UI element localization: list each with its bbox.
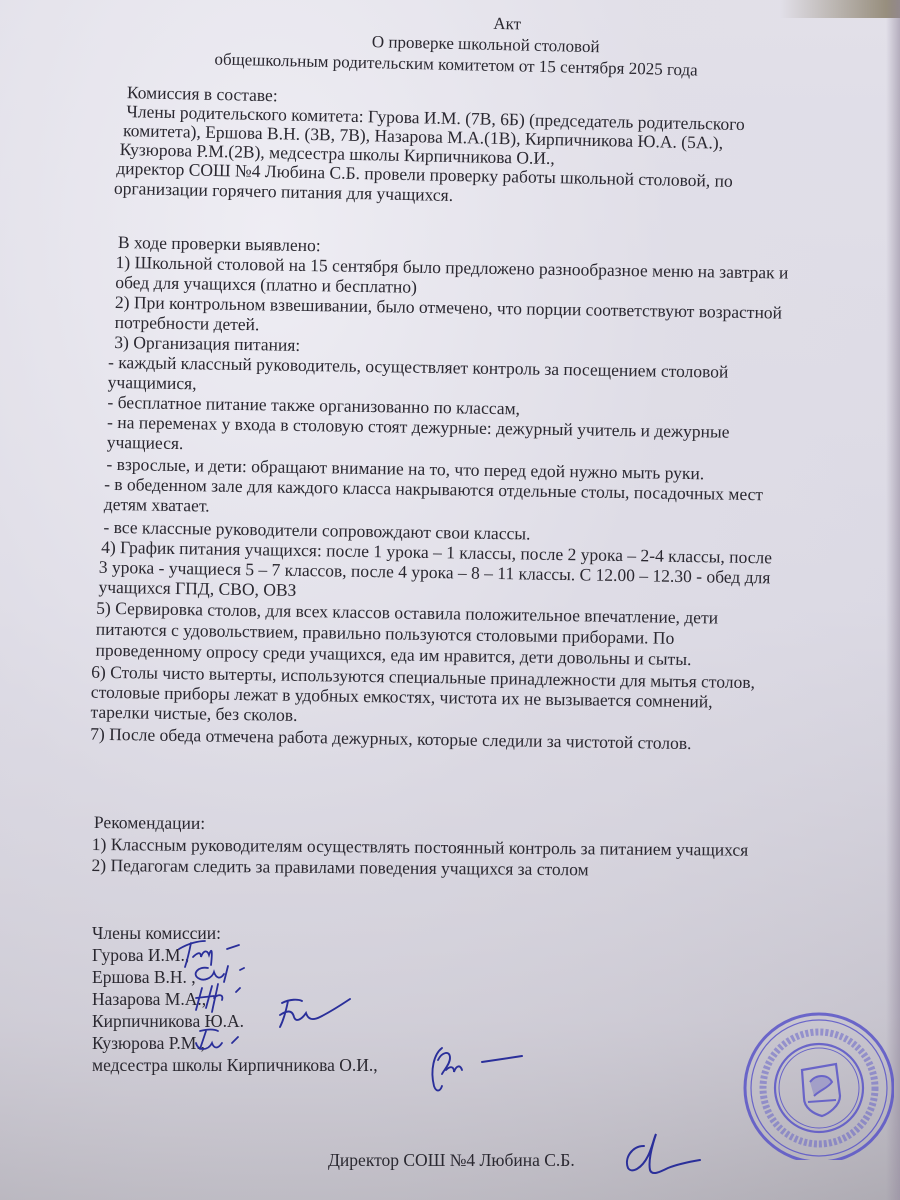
official-seal-icon xyxy=(724,1000,894,1160)
signature-director-icon xyxy=(620,1128,710,1178)
document-page: Акт О проверке школьной столовой общешко… xyxy=(0,0,900,1200)
signature-nurse-icon xyxy=(420,1040,530,1096)
signature-nazarova-icon xyxy=(190,980,260,1014)
recommendations-heading: Рекомендации: xyxy=(94,812,205,834)
recommendation-line: 2) Педагогам следить за правилами поведе… xyxy=(92,855,589,880)
recommendations-section: Рекомендации: 1) Классным руководителям … xyxy=(0,0,900,907)
member-name: Назарова М.А., xyxy=(92,989,206,1010)
signature-kuzyurova-icon xyxy=(188,1025,258,1055)
signature-kirpichnikova-ya-icon xyxy=(272,995,362,1033)
member-name: медсестра школы Кирпичникова О.И., xyxy=(92,1055,378,1076)
director-signature-line: Директор СОШ №4 Любина С.Б. xyxy=(328,1150,575,1171)
